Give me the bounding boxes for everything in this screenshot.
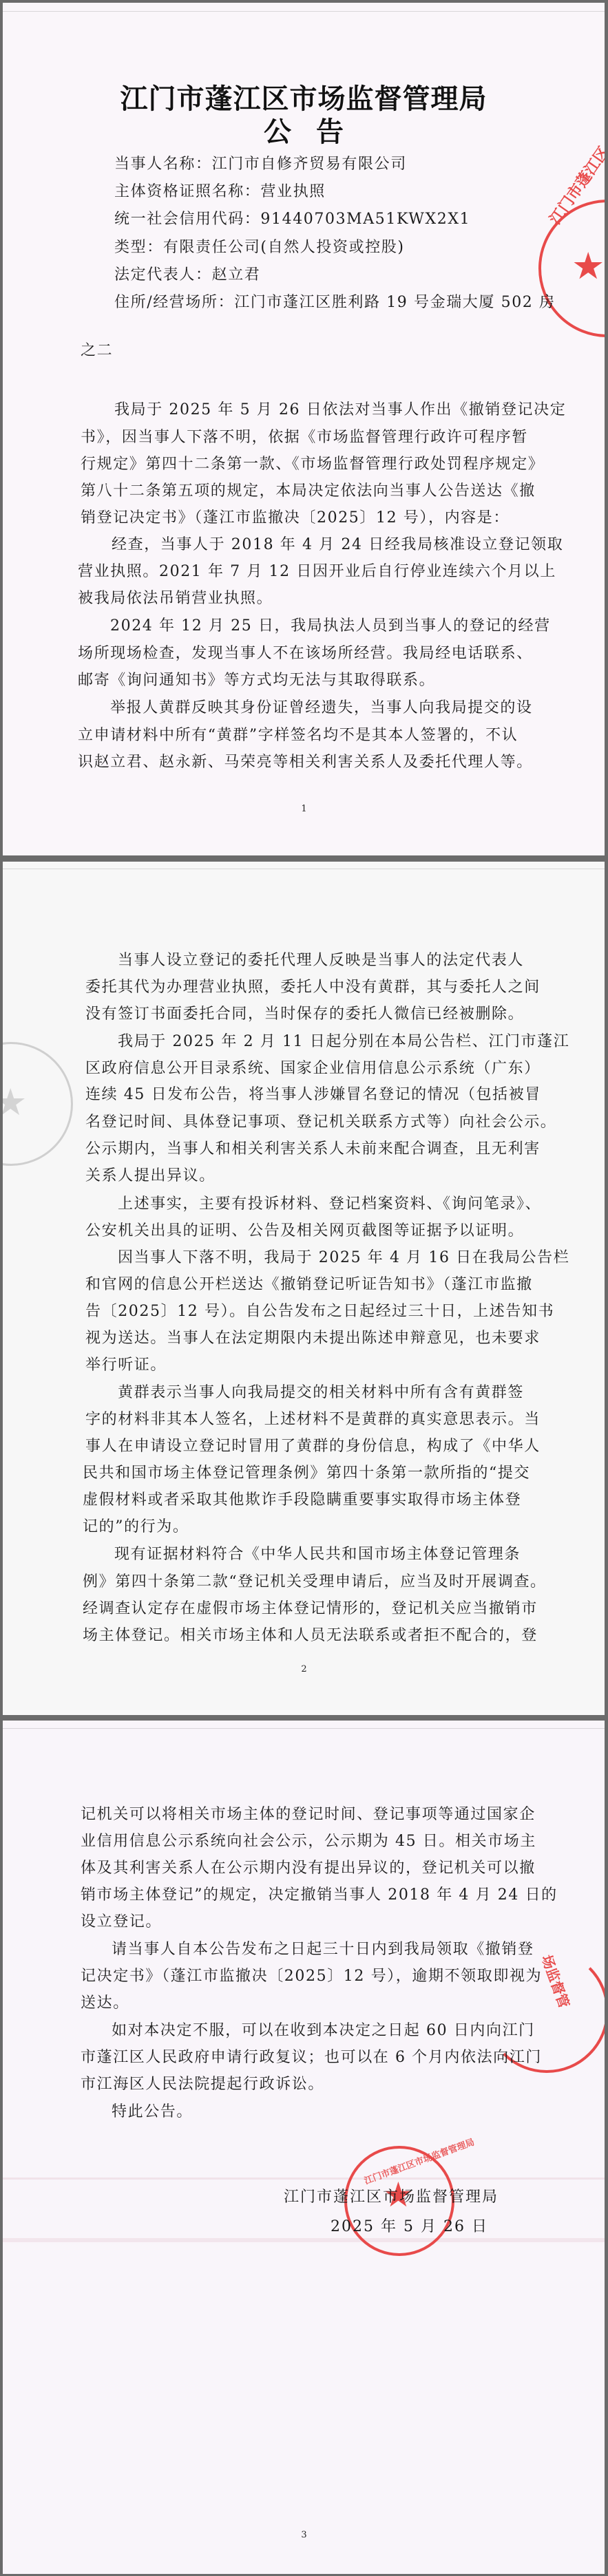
field-legal-rep: 法定代表人：赵立君 [114, 265, 260, 286]
body-line: 因当事人下落不明，我局于 2025 年 4 月 16 日在我局公告栏 [118, 1248, 569, 1268]
field-license-type: 主体资格证照名称：营业执照 [114, 182, 326, 202]
field-value: 江门市蓬江区胜利路 19 号金瑞大厦 502 房 [234, 294, 555, 311]
body-line: 场主体登记。相关市场主体和人员无法联系或者拒不配合的，登 [83, 1626, 538, 1646]
body-line: 如对本决定不服，可以在收到本决定之日起 60 日内向江门 [112, 2021, 535, 2041]
page-number: 2 [0, 1664, 608, 1674]
star-icon: ★ [572, 248, 605, 285]
body-line: 现有证据材料符合《中华人民共和国市场主体登记管理条 [114, 1544, 521, 1565]
body-line: 特此公告。 [112, 2102, 193, 2122]
signature-issuer: 江门市蓬江区市场监督管理局 [284, 2185, 499, 2206]
body-line: 我局于 2025 年 2 月 11 日起分别在本局公告栏、江门市蓬江 [118, 1032, 569, 1052]
body-line: 当事人设立登记的委托代理人反映是当事人的法定代表人 [118, 950, 524, 971]
field-label: 法定代表人： [114, 266, 212, 284]
body-line: 记决定书》（蓬江市监撤决〔2025〕12 号），逾期不领取即视为 [81, 1966, 542, 1987]
field-label: 统一社会信用代码： [114, 211, 260, 228]
body-line: 市蓬江区人民政府申请行政复议；也可以在 6 个月内依法向江门 [81, 2047, 542, 2068]
body-line: 上述事实，主要有投诉材料、登记档案资料、《询问笔录》、 [118, 1194, 541, 1215]
body-line: 经查，当事人于 2018 年 4 月 24 日经我局核准设立登记领取 [112, 535, 563, 555]
page-number: 3 [0, 2530, 608, 2540]
seal-text: 场监督管 [538, 1952, 576, 2010]
body-line: 销登记决定书》（蓬江市监撤决〔2025〕12 号），内容是： [81, 508, 510, 529]
field-value: 江门市自修齐贸易有限公司 [212, 156, 407, 173]
field-value: 有限责任公司(自然人投资或控股) [163, 239, 405, 256]
field-label: 类型： [114, 239, 163, 256]
body-line: 虚假材料或者采取其他欺诈手段隐瞒重要事实取得市场主体登 [83, 1490, 521, 1511]
page-subtitle: 公告 [3, 110, 605, 149]
body-line: 经调查认定存在虚假市场主体登记情形的，登记机关应当撤销市 [83, 1599, 538, 1619]
body-line: 关系人提出异议。 [85, 1166, 216, 1186]
field-value: 营业执照 [260, 183, 325, 200]
body-line: 书》，因当事人下落不明，依据《市场监督管理行政许可程序暂 [81, 427, 528, 448]
body-line: 营业执照。2021 年 7 月 12 日因开业后自行停业连续六个月以上 [78, 562, 556, 582]
field-party-name: 当事人名称：江门市自修齐贸易有限公司 [114, 154, 407, 175]
body-line: 设立登记。 [81, 1912, 162, 1933]
body-line: 告〔2025〕12 号）。自公告发布之日起经过三十日，上述告知书 [85, 1301, 554, 1322]
ghost-seal: ★ [3, 1042, 73, 1166]
seal-text: 江门市蓬江区 [544, 142, 605, 228]
body-line: 没有签订书面委托合同，当时保存的委托人微信已经被删除。 [85, 1004, 524, 1025]
body-line: 字的材料非其本人签名，上述材料不是黄群的真实意思表示。当 [85, 1409, 541, 1430]
body-line: 立申请材料中所有“黄群”字样签名均不是其本人签署的，不认 [78, 725, 518, 746]
scan-artifact-line [3, 2178, 605, 2180]
body-line: 2024 年 12 月 25 日，我局执法人员到当事人的登记的经营 [110, 616, 551, 637]
field-address: 住所/经营场所：江门市蓬江区胜利路 19 号金瑞大厦 502 房 [114, 292, 556, 313]
star-icon: ★ [3, 1084, 27, 1121]
page-number: 1 [0, 804, 608, 814]
body-line: 委托其代为办理营业执照，委托人中没有黄群，其与委托人之间 [85, 977, 541, 998]
field-label: 主体资格证照名称： [114, 183, 260, 200]
field-label: 当事人名称： [114, 156, 212, 173]
body-line: 行规定》第四十二条第一款、《市场监督管理行政处罚程序规定》 [81, 454, 544, 475]
body-line: 销市场主体登记”的规定，决定撤销当事人 2018 年 4 月 24 日的 [81, 1885, 558, 1906]
body-line: 业信用信息公示系统向社会公示，公示期为 45 日。相关市场主 [81, 1831, 536, 1852]
body-line: 邮寄《询问通知书》等方式均无法与其取得联系。 [78, 670, 435, 691]
body-line: 场所现场检查，发现当事人不在该场所经营。我局经电话联系、 [78, 643, 533, 664]
signature-date: 2025 年 5 月 26 日 [331, 2215, 488, 2236]
field-value: 91440703MA51KWX2X1 [260, 211, 470, 228]
body-line: 举报人黄群反映其身份证曾经遗失，当事人向我局提交的设 [110, 698, 533, 718]
body-line: 例》第四十条第二款“登记机关受理申请后，应当及时开展调查。 [83, 1572, 547, 1593]
body-line: 区政府信息公开目录系统、国家企业信用信息公示系统（广东） [85, 1058, 541, 1079]
body-line: 第八十二条第五项的规定，本局决定依法向当事人公告送达《撤 [81, 481, 536, 502]
body-line: 连续 45 日发布公告，将当事人涉嫌冒名登记的情况（包括被冒 [85, 1085, 541, 1105]
field-label: 住所/经营场所： [114, 294, 234, 311]
body-line: 识赵立君、赵永新、马荣亮等相关利害关系人及委托代理人等。 [78, 752, 533, 773]
field-credit-code: 统一社会信用代码：91440703MA51KWX2X1 [114, 209, 470, 230]
field-company-type: 类型：有限责任公司(自然人投资或控股) [114, 237, 405, 258]
body-line: 请当事人自本公告发布之日起三十日内到我局领取《撤销登 [112, 1939, 534, 1960]
body-line: 和官网的信息公开栏送达《撤销登记听证告知书》（蓬江市监撤 [85, 1275, 533, 1295]
body-line: 记的”的行为。 [83, 1517, 189, 1537]
field-address-cont: 之二 [81, 341, 113, 361]
scan-artifact-line [3, 1728, 605, 1729]
body-line: 公安机关出具的证明、公告及相关网页截图等证据予以证明。 [85, 1221, 524, 1242]
body-line: 公示期内，当事人和相关利害关系人未前来配合调查，且无利害 [85, 1139, 541, 1160]
body-line: 市江海区人民法院提起行政诉讼。 [81, 2074, 324, 2095]
body-line: 黄群表示当事人向我局提交的相关材料中所有含有黄群签 [118, 1383, 524, 1403]
body-line: 举行听证。 [85, 1355, 167, 1376]
body-line: 名登记时间、具体登记事项、登记机关联系方式等）向社会公示。 [85, 1112, 556, 1133]
body-line: 记机关可以将相关市场主体的登记时间、登记事项等通过国家企 [81, 1805, 536, 1825]
field-value: 赵立君 [212, 266, 261, 284]
body-line: 事人在申请设立登记时冒用了黄群的身份信息，构成了《中华人 [85, 1436, 541, 1457]
body-line: 被我局依法吊销营业执照。 [78, 588, 273, 609]
body-line: 视为送达。当事人在法定期限内未提出陈述申辩意见，也未要求 [85, 1328, 541, 1349]
scan-artifact-line [3, 2238, 605, 2242]
scan-artifact-line [3, 11, 605, 12]
body-line: 送达。 [81, 1993, 129, 2014]
body-line: 民共和国市场主体登记管理条例》第四十条第一款所指的“提交 [83, 1463, 530, 1484]
scan-artifact-line [3, 869, 605, 869]
official-seal: ★ 江门市蓬江区 [538, 200, 605, 337]
body-line: 体及其利害关系人在公示期内没有提出异议的，登记机关可以撤 [81, 1858, 536, 1879]
body-line: 我局于 2025 年 5 月 26 日依法对当事人作出《撤销登记决定 [114, 400, 566, 421]
